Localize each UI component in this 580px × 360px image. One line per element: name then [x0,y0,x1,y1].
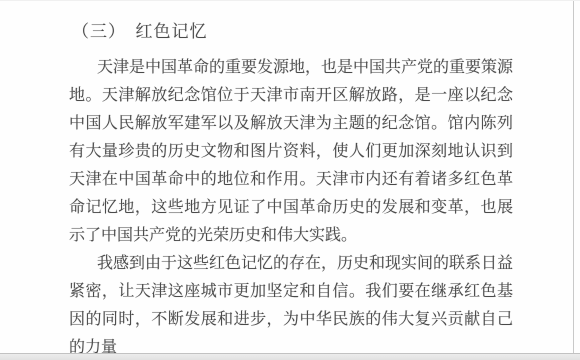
page-bottom-edge-band [0,353,580,360]
paragraph-1: 天津是中国革命的重要发源地，也是中国共产党的重要策源地。天津解放纪念馆位于天津市… [69,54,513,250]
document-viewport: （三） 红色记忆 天津是中国革命的重要发源地，也是中国共产党的重要策源地。天津解… [0,0,580,360]
document-page: （三） 红色记忆 天津是中国革命的重要发源地，也是中国共产党的重要策源地。天津解… [0,1,573,353]
document-content: （三） 红色记忆 天津是中国革命的重要发源地，也是中国共产党的重要策源地。天津解… [69,21,513,353]
paragraph-2: 我感到由于这些红色记忆的存在，历史和现实间的联系日益紧密，让天津这座城市更加坚定… [69,250,513,353]
section-heading: （三） 红色记忆 [72,21,513,42]
page-right-edge-line [573,1,574,353]
